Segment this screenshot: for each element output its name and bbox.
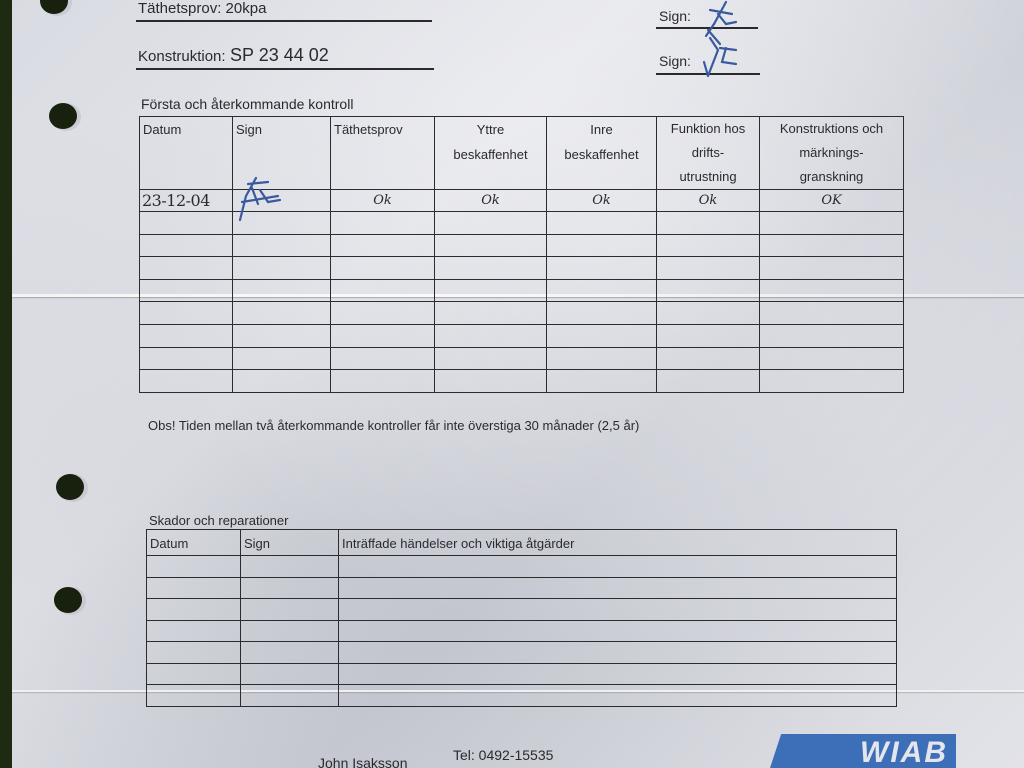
column-header-date: Datum bbox=[140, 117, 233, 190]
cell-equipment-function bbox=[657, 279, 760, 302]
punch-hole bbox=[56, 474, 84, 500]
column-header-pressure-test: Täthetsprov bbox=[331, 117, 435, 190]
wiab-logo: WIAB bbox=[770, 734, 956, 768]
cell-exterior bbox=[435, 279, 547, 302]
cell-equipment-function bbox=[657, 347, 760, 370]
contact-name: John Isaksson bbox=[318, 755, 408, 768]
table-row bbox=[147, 577, 897, 599]
cell-interior bbox=[547, 324, 657, 347]
cell-events bbox=[339, 556, 897, 578]
cell-sign bbox=[241, 663, 339, 685]
table-row bbox=[147, 599, 897, 621]
cell-construction-review: OK bbox=[760, 190, 904, 212]
cell-sign bbox=[233, 347, 331, 370]
table-row bbox=[147, 685, 897, 707]
interval-note: Obs! Tiden mellan två återkommande kontr… bbox=[148, 418, 639, 433]
cell-date bbox=[147, 556, 241, 578]
cell-interior: Ok bbox=[547, 190, 657, 212]
cell-interior bbox=[547, 370, 657, 393]
cell-sign bbox=[233, 324, 331, 347]
divider bbox=[136, 20, 432, 22]
cell-interior bbox=[547, 257, 657, 280]
cell-pressure-test bbox=[331, 324, 435, 347]
cell-construction-review bbox=[760, 347, 904, 370]
cell-equipment-function bbox=[657, 302, 760, 325]
cell-equipment-function bbox=[657, 257, 760, 280]
cell-interior bbox=[547, 302, 657, 325]
cell-sign bbox=[233, 257, 331, 280]
column-header-exterior: Yttre beskaffenhet bbox=[435, 117, 547, 190]
cell-pressure-test bbox=[331, 347, 435, 370]
cell-exterior: Ok bbox=[435, 190, 547, 212]
cell-exterior bbox=[435, 234, 547, 257]
cell-sign bbox=[233, 234, 331, 257]
cell-date bbox=[140, 212, 233, 235]
table-row bbox=[147, 620, 897, 642]
cell-date bbox=[147, 577, 241, 599]
cell-events bbox=[339, 577, 897, 599]
cell-sign bbox=[233, 302, 331, 325]
column-header-events: Inträffade händelser och viktiga åtgärde… bbox=[339, 530, 897, 556]
inspection-section-title: Första och återkommande kontroll bbox=[141, 96, 353, 112]
table-row bbox=[140, 324, 904, 347]
cell-date bbox=[147, 599, 241, 621]
cell-exterior bbox=[435, 370, 547, 393]
cell-sign bbox=[241, 685, 339, 707]
cell-construction-review bbox=[760, 302, 904, 325]
cell-construction-review bbox=[760, 212, 904, 235]
cell-pressure-test bbox=[331, 257, 435, 280]
table-row bbox=[147, 663, 897, 685]
cell-exterior bbox=[435, 257, 547, 280]
cell-events bbox=[339, 642, 897, 664]
column-header-equipment-function: Funktion hos drifts- utrustning bbox=[657, 117, 760, 190]
cell-pressure-test: Ok bbox=[331, 190, 435, 212]
cell-events bbox=[339, 685, 897, 707]
sign2-label: Sign: bbox=[659, 53, 691, 69]
cell-date bbox=[140, 302, 233, 325]
cell-date bbox=[140, 324, 233, 347]
cell-exterior bbox=[435, 302, 547, 325]
cell-pressure-test bbox=[331, 370, 435, 393]
sign1-label: Sign: bbox=[659, 8, 691, 24]
cell-construction-review bbox=[760, 370, 904, 393]
handwritten-signature-icon bbox=[696, 0, 746, 80]
construction-label: Konstruktion: bbox=[138, 48, 226, 65]
cell-sign bbox=[241, 599, 339, 621]
cell-date bbox=[147, 685, 241, 707]
cell-equipment-function: Ok bbox=[657, 190, 760, 212]
cell-exterior bbox=[435, 212, 547, 235]
cell-pressure-test bbox=[331, 234, 435, 257]
table-row bbox=[140, 302, 904, 325]
cell-events bbox=[339, 663, 897, 685]
table-row bbox=[147, 642, 897, 664]
table-row bbox=[140, 347, 904, 370]
cell-pressure-test bbox=[331, 212, 435, 235]
cell-interior bbox=[547, 234, 657, 257]
cell-sign bbox=[241, 642, 339, 664]
cell-exterior bbox=[435, 324, 547, 347]
cell-pressure-test bbox=[331, 302, 435, 325]
table-row bbox=[140, 257, 904, 280]
cell-events bbox=[339, 599, 897, 621]
cell-sign bbox=[233, 279, 331, 302]
cell-date bbox=[140, 279, 233, 302]
cell-equipment-function bbox=[657, 212, 760, 235]
column-header-date: Datum bbox=[147, 530, 241, 556]
cell-sign bbox=[241, 556, 339, 578]
cell-date bbox=[140, 234, 233, 257]
divider bbox=[136, 68, 434, 70]
table-row bbox=[140, 279, 904, 302]
punch-hole bbox=[54, 587, 82, 613]
column-header-sign: Sign bbox=[241, 530, 339, 556]
cell-construction-review bbox=[760, 234, 904, 257]
cell-date bbox=[147, 663, 241, 685]
cell-equipment-function bbox=[657, 234, 760, 257]
cell-sign bbox=[233, 370, 331, 393]
inspection-table: Datum Sign Täthetsprov Yttre beskaffenhe… bbox=[139, 116, 904, 393]
cell-construction-review bbox=[760, 257, 904, 280]
cell-construction-review bbox=[760, 324, 904, 347]
column-header-interior: Inre beskaffenhet bbox=[547, 117, 657, 190]
cell-exterior bbox=[435, 347, 547, 370]
contact-phone: Tel: 0492-15535 bbox=[453, 747, 553, 763]
table-row bbox=[147, 556, 897, 578]
column-header-construction-review: Konstruktions och märknings- granskning bbox=[760, 117, 904, 190]
cell-equipment-function bbox=[657, 370, 760, 393]
cell-date bbox=[140, 370, 233, 393]
cell-interior bbox=[547, 279, 657, 302]
cell-sign bbox=[241, 620, 339, 642]
cell-pressure-test bbox=[331, 279, 435, 302]
cell-date bbox=[140, 257, 233, 280]
cell-date bbox=[140, 347, 233, 370]
repairs-section-title: Skador och reparationer bbox=[149, 513, 288, 528]
construction-value: SP 23 44 02 bbox=[230, 45, 329, 65]
table-header-row: Datum Sign Inträffade händelser och vikt… bbox=[147, 530, 897, 556]
repairs-table: Datum Sign Inträffade händelser och vikt… bbox=[146, 529, 897, 707]
punch-hole bbox=[49, 103, 77, 129]
cell-equipment-function bbox=[657, 324, 760, 347]
cell-date bbox=[147, 620, 241, 642]
table-row bbox=[140, 234, 904, 257]
cell-date bbox=[147, 642, 241, 664]
cell-construction-review bbox=[760, 279, 904, 302]
cell-date: 23-12-04 bbox=[140, 190, 233, 212]
test-pressure-label: Täthetsprov: 20kpa bbox=[138, 0, 266, 17]
handwritten-signature-icon bbox=[238, 174, 288, 224]
cell-events bbox=[339, 620, 897, 642]
construction-field: Konstruktion: SP 23 44 02 bbox=[138, 45, 329, 66]
cell-interior bbox=[547, 347, 657, 370]
cell-sign bbox=[241, 577, 339, 599]
cell-interior bbox=[547, 212, 657, 235]
table-row bbox=[140, 370, 904, 393]
